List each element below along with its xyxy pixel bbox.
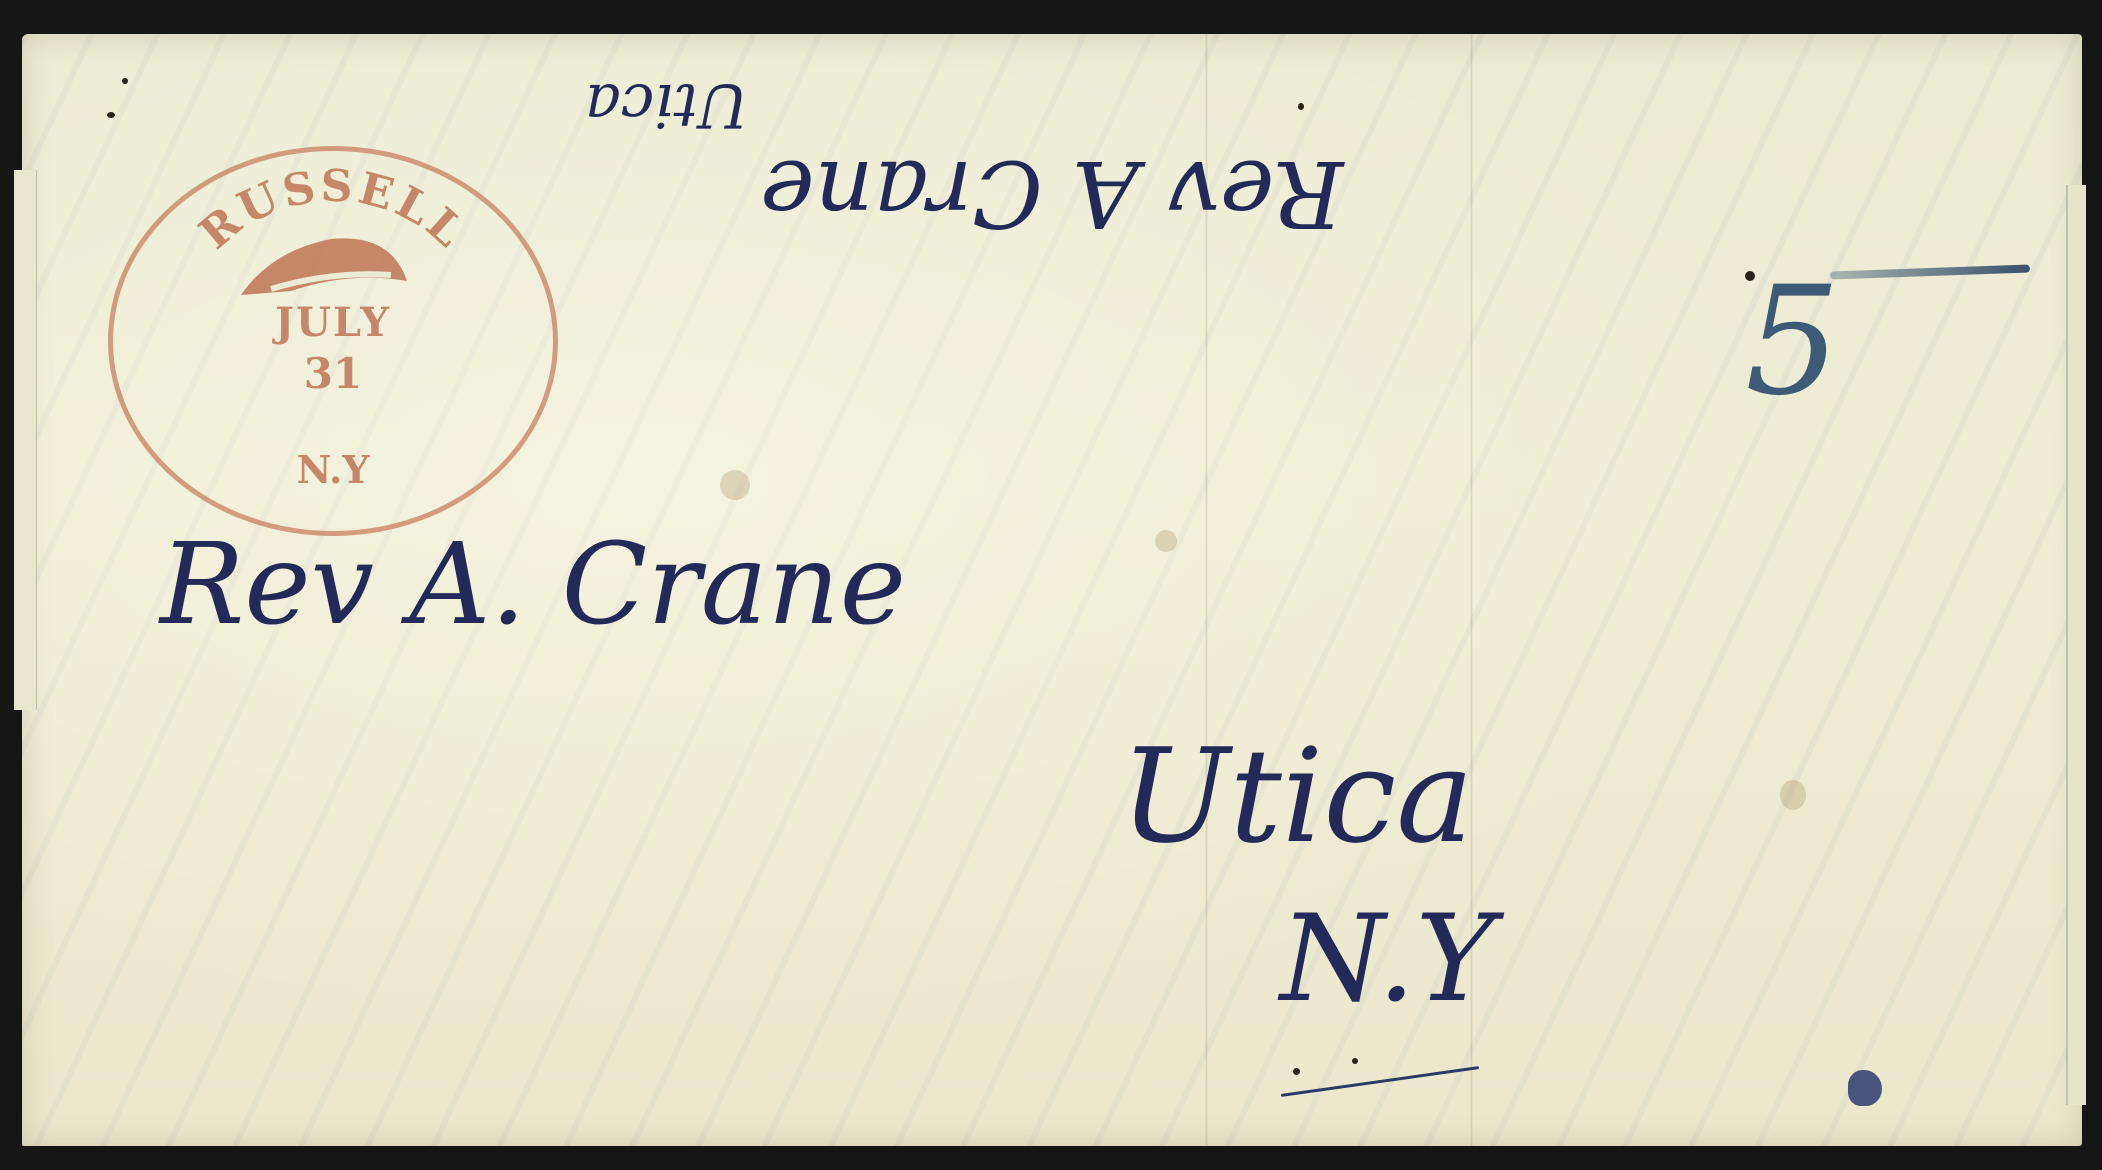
postmark-month: JULY [113, 299, 553, 346]
paper-spot [107, 112, 115, 118]
folded-flap-right [2066, 185, 2086, 1105]
foxing-spot [720, 470, 750, 500]
manuscript-rate: 5 [1745, 255, 1840, 429]
paper-spot [1352, 1058, 1358, 1064]
postmark-day: 31 [113, 349, 553, 398]
address-state: N.Y [1280, 890, 1495, 1029]
docketing-line-2: Utica [585, 70, 748, 140]
foxing-spot [1780, 780, 1806, 810]
docketing-line-1: Rev A Crane [760, 140, 1344, 247]
folded-flap-left [14, 170, 37, 710]
paper-spot [122, 78, 128, 84]
paper-spot [1293, 1068, 1300, 1075]
address-recipient: Rev A. Crane [160, 520, 906, 650]
paper-spot [1298, 103, 1304, 110]
foxing-spot [1155, 530, 1177, 552]
ink-blot [1848, 1070, 1882, 1106]
hat-device-icon [231, 231, 411, 303]
address-city: Utica [1120, 720, 1474, 872]
postmark-state: N.Y [113, 447, 553, 492]
circular-datestamp: RUSSELL JULY 31 N.Y [108, 146, 558, 536]
